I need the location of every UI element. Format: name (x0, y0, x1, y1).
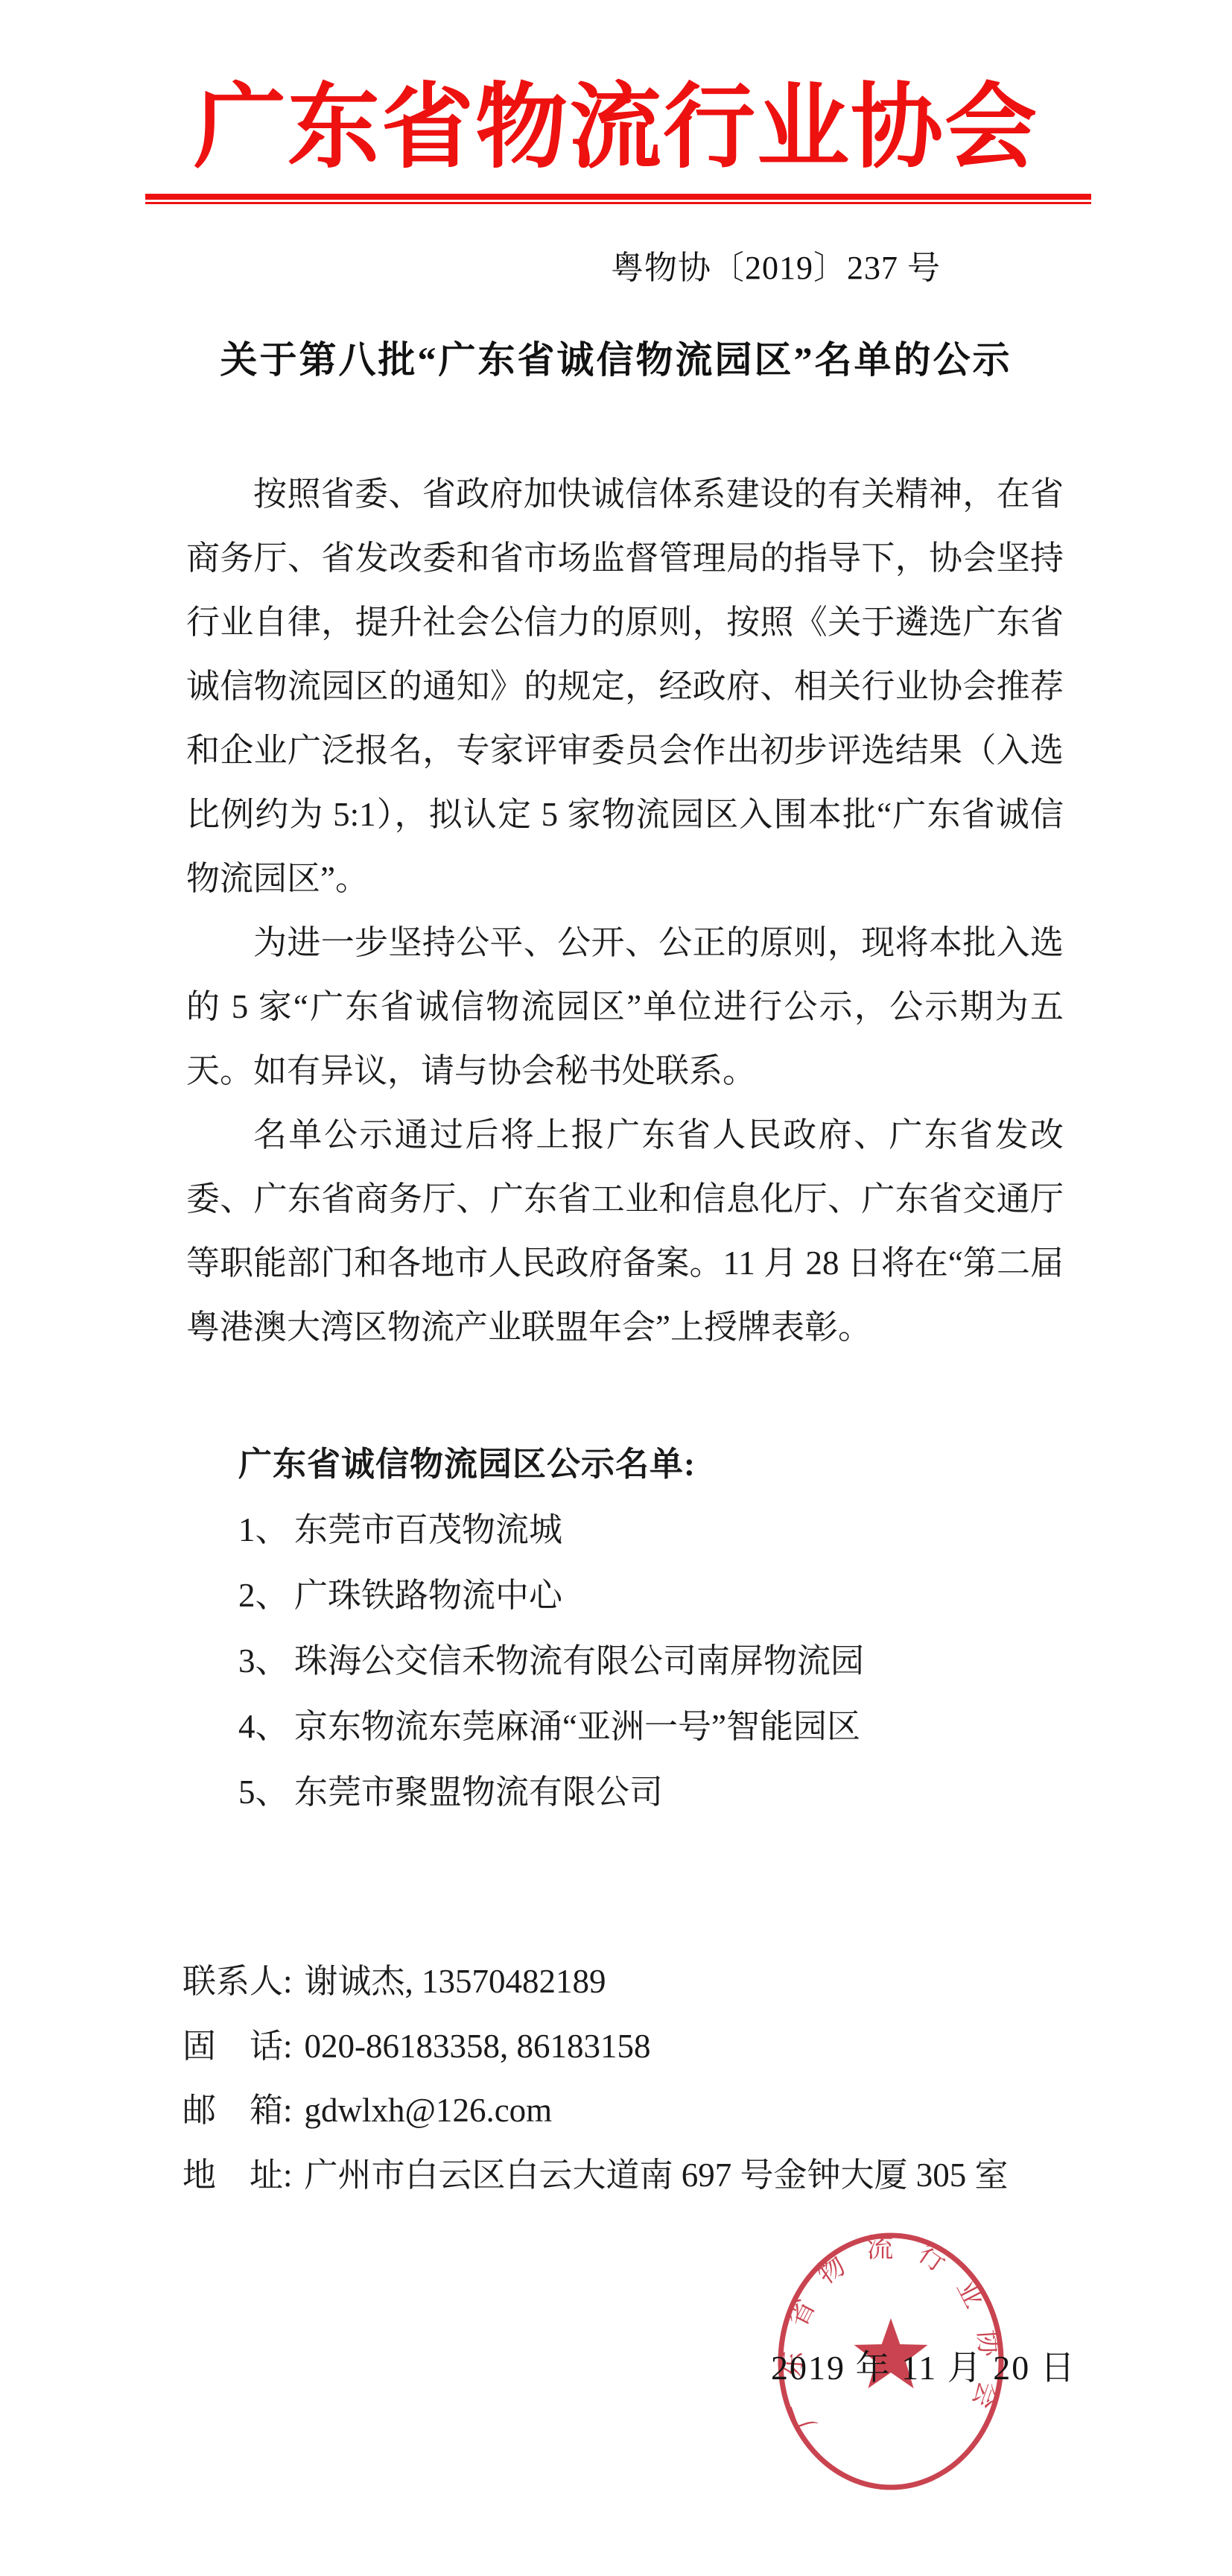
list-item-number: 3、 (238, 1628, 294, 1694)
list-item-number: 4、 (238, 1694, 294, 1759)
list-item-name: 东莞市百茂物流城 (294, 1511, 562, 1548)
contact-value: 广州市白云区白云大道南 697 号金钟大厦 305 室 (305, 2156, 1009, 2194)
contact-line-person: 联系人:谢诚杰, 13570482189 (182, 1949, 1084, 2014)
list-item-name: 珠海公交信禾物流有限公司南屏物流园 (294, 1642, 864, 1680)
list-item: 1、东莞市百茂物流城 (186, 1497, 1064, 1563)
list-item-name: 东莞市聚盟物流有限公司 (294, 1773, 663, 1811)
list-heading: 广东省诚信物流园区公示名单: (186, 1431, 1064, 1497)
paragraph-1: 按照省委、省政府加快诚信体系建设的有关精神，在省商务厅、省发改委和省市场监督管理… (186, 462, 1064, 911)
list-item-name: 广珠铁路物流中心 (294, 1577, 562, 1614)
contact-block: 联系人:谢诚杰, 13570482189 固 话:020-86183358, 8… (182, 1949, 1084, 2207)
body-text: 按照省委、省政府加快诚信体系建设的有关精神，在省商务厅、省发改委和省市场监督管理… (186, 462, 1064, 1359)
divider-thin-rule (145, 202, 1091, 204)
letterhead-divider (145, 194, 1091, 204)
contact-label: 地 址: (182, 2156, 293, 2194)
list-item-name: 京东物流东莞麻涌“亚洲一号”智能园区 (294, 1708, 860, 1745)
contact-value: 020-86183358, 86183158 (305, 2028, 651, 2065)
paragraph-3: 名单公示通过后将上报广东省人民政府、广东省发改委、广东省商务厅、广东省工业和信息… (186, 1103, 1064, 1359)
contact-line-email: 邮 箱:gdwlxh@126.com (182, 2078, 1084, 2143)
paragraph-2: 为进一步坚持公平、公开、公正的原则，现将本批入选的 5 家“广东省诚信物流园区”… (186, 911, 1064, 1103)
park-list: 广东省诚信物流园区公示名单: 1、东莞市百茂物流城 2、广珠铁路物流中心 3、珠… (186, 1431, 1064, 1825)
list-item: 4、京东物流东莞麻涌“亚洲一号”智能园区 (186, 1694, 1064, 1759)
contact-line-address: 地 址:广州市白云区白云大道南 697 号金钟大厦 305 室 (182, 2143, 1084, 2208)
list-item-number: 2、 (238, 1563, 294, 1628)
document-page: { "page": { "background": "#ffffff" }, "… (0, 0, 1232, 2576)
contact-label: 邮 箱: (182, 2092, 293, 2129)
doc-number: 粤物协〔2019〕237 号 (0, 247, 941, 288)
contact-line-phone: 固 话:020-86183358, 86183158 (182, 2014, 1084, 2079)
doc-title: 关于第八批“广东省诚信物流园区”名单的公示 (0, 337, 1232, 384)
contact-value: gdwlxh@126.com (305, 2092, 553, 2129)
contact-value: 谢诚杰, 13570482189 (305, 1963, 606, 2000)
divider-thick-rule (145, 194, 1091, 200)
contact-label: 固 话: (182, 2028, 293, 2065)
org-title: 广东省物流行业协会 (0, 77, 1232, 179)
list-item: 3、珠海公交信禾物流有限公司南屏物流园 (186, 1628, 1064, 1694)
list-item: 5、东莞市聚盟物流有限公司 (186, 1759, 1064, 1825)
list-item-number: 5、 (238, 1759, 294, 1825)
contact-label: 联系人: (182, 1963, 293, 2000)
issue-date: 2019 年 11 月 20 日 (771, 2347, 1076, 2388)
list-item: 2、广珠铁路物流中心 (186, 1563, 1064, 1628)
list-item-number: 1、 (238, 1497, 294, 1563)
